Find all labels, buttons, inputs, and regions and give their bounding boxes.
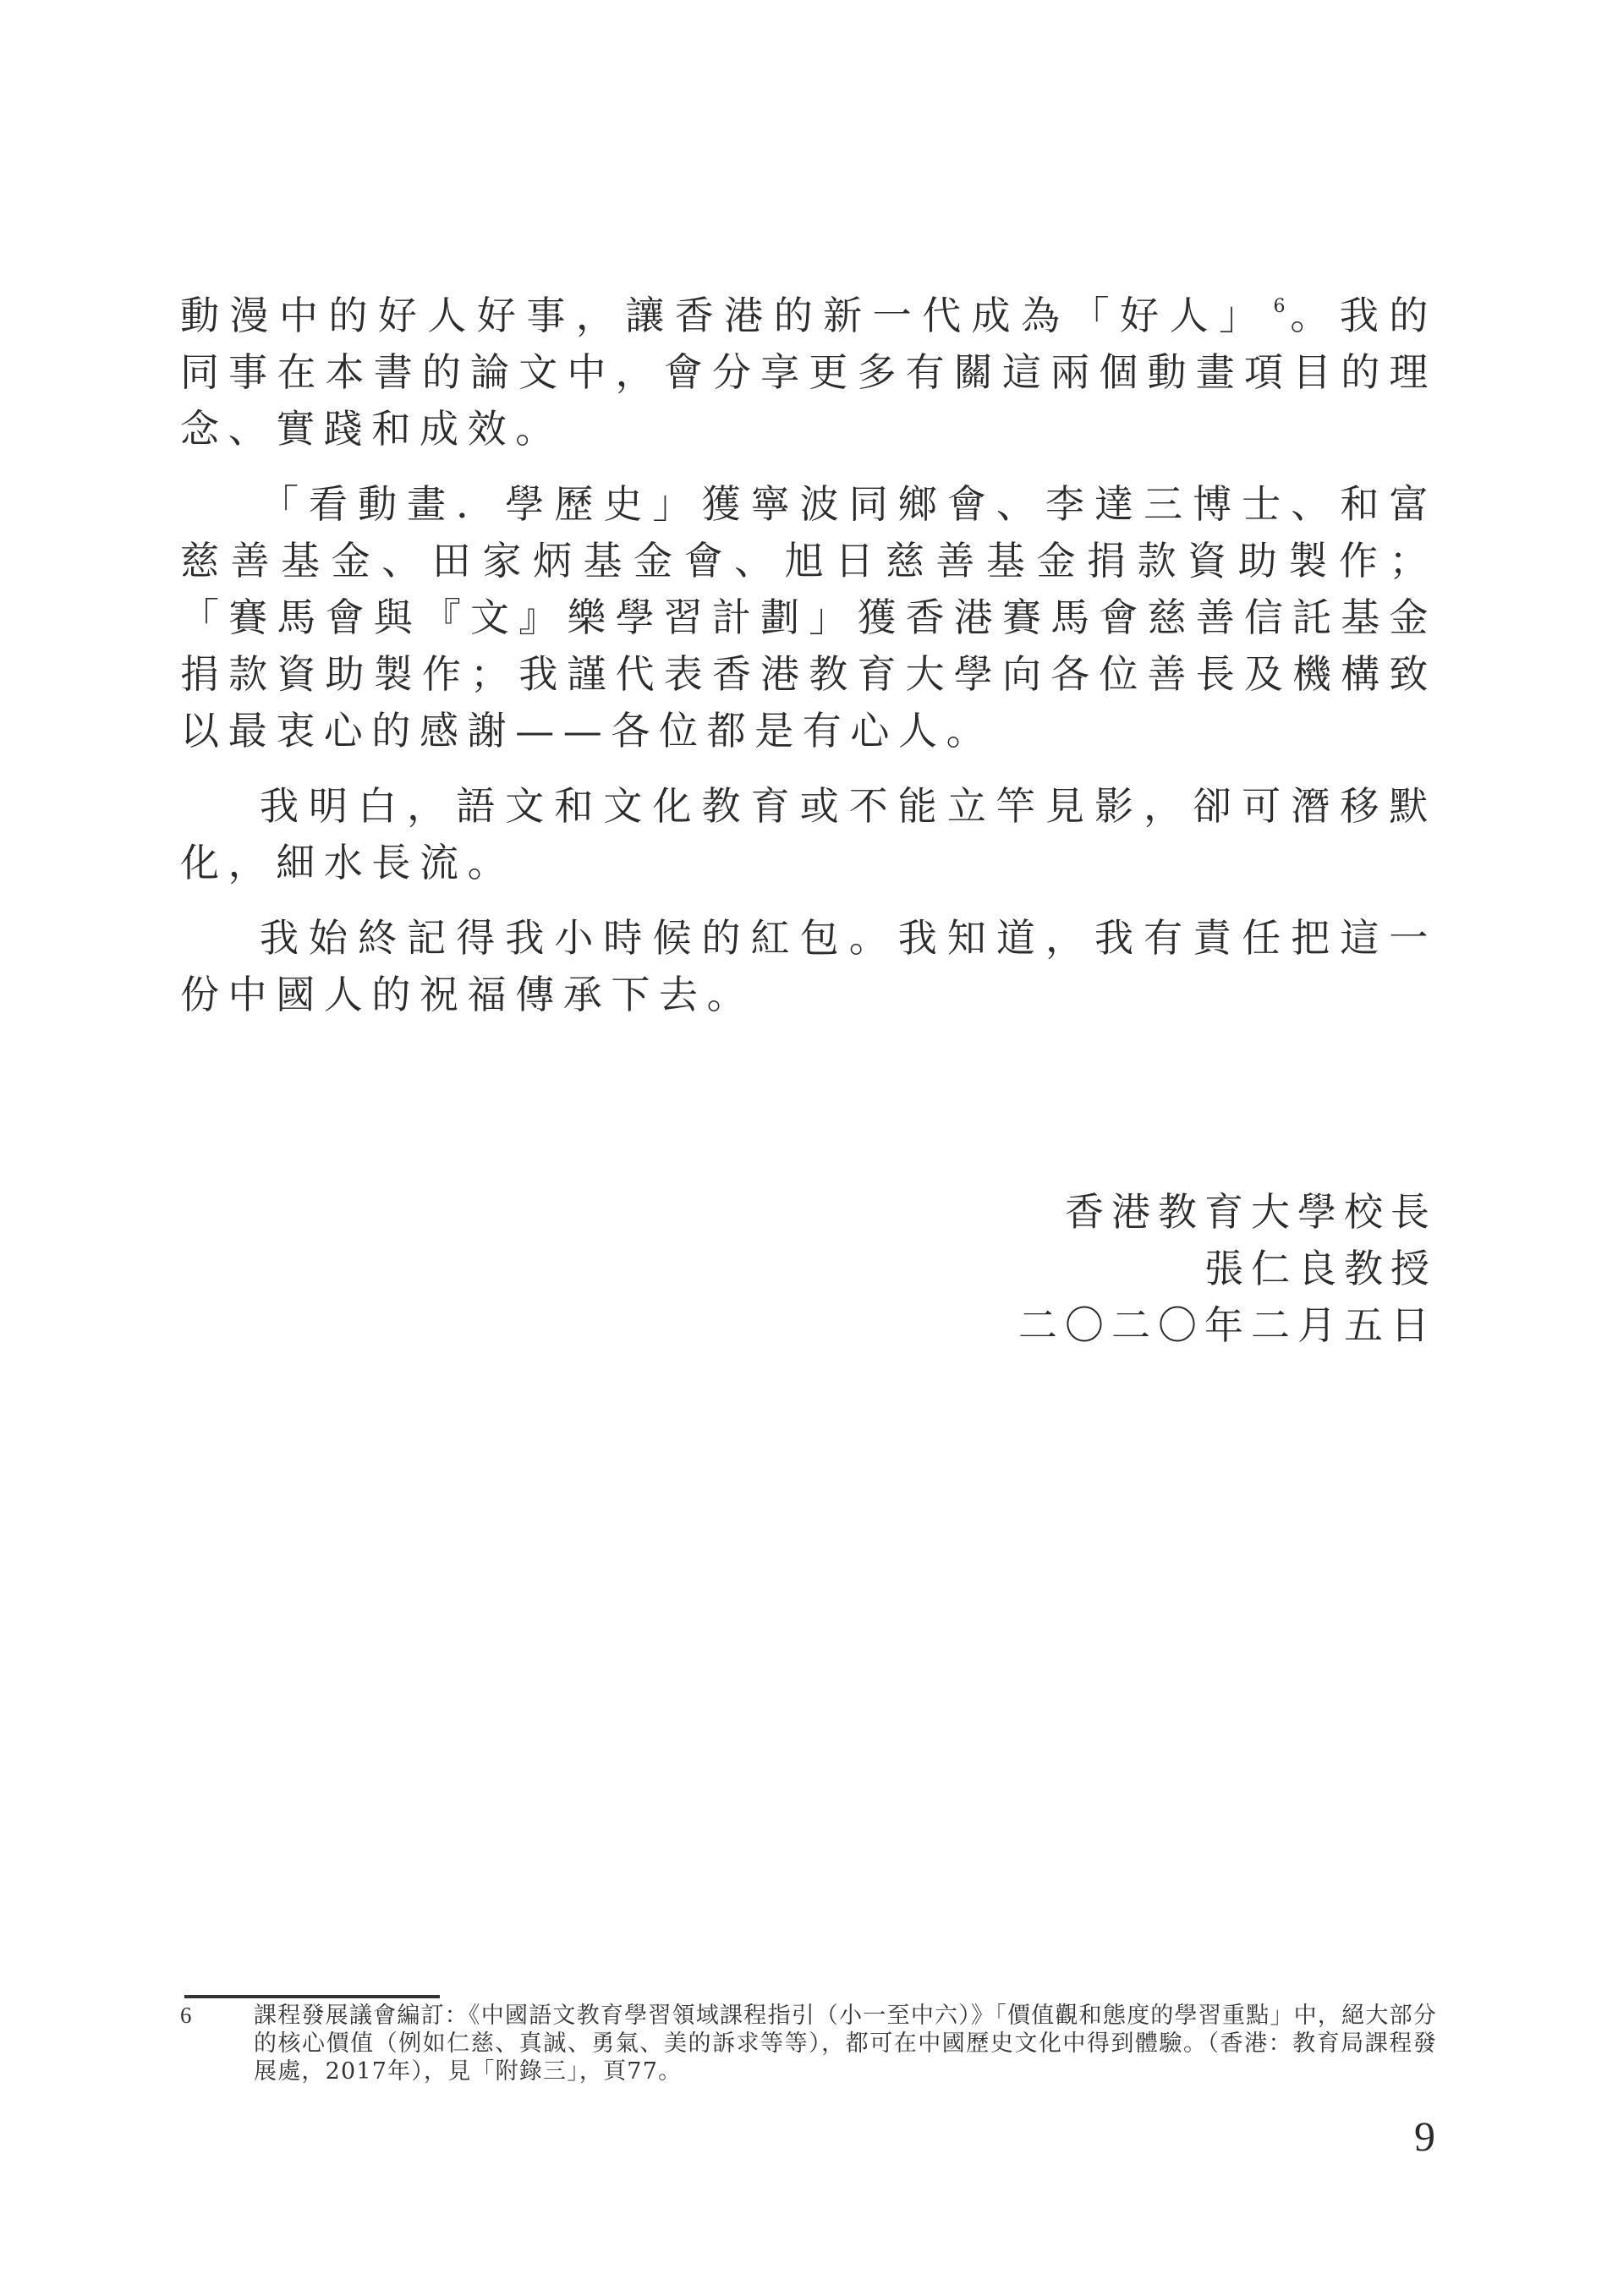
signature-date: 二〇二〇年二月五日 xyxy=(1018,1297,1437,1354)
footnote-text: 課程發展議會編訂：《中國語文教育學習領域課程指引（小一至中六）》「價值觀和態度的… xyxy=(254,2002,1437,2085)
footnote-number: 6 xyxy=(180,2002,248,2030)
body-text: 動漫中的好人好事，讓香港的新一代成為「好人」6。我的同事在本書的論文中，會分享更… xyxy=(180,288,1437,1042)
paragraph-text: 動漫中的好人好事，讓香港的新一代成為「好人」 xyxy=(180,293,1269,338)
paragraph-acknowledgements: 「看動畫．學歷史」獲寧波同鄉會、李達三博士、和富慈善基金、田家炳基金會、旭日慈善… xyxy=(180,476,1437,759)
paragraph-red-packet-memory: 我始終記得我小時候的紅包。我知道，我有責任把這一份中國人的祝福傳承下去。 xyxy=(180,910,1437,1023)
footnote-reference[interactable]: 6 xyxy=(1274,296,1289,317)
signature-name: 張仁良教授 xyxy=(1018,1241,1437,1297)
footnote-divider xyxy=(184,1995,440,1998)
book-page: 動漫中的好人好事，讓香港的新一代成為「好人」6。我的同事在本書的論文中，會分享更… xyxy=(0,0,1618,2296)
page-number: 9 xyxy=(1414,2112,1435,2160)
signature-title: 香港教育大學校長 xyxy=(1018,1184,1437,1241)
paragraph-language-culture-education: 我明白，語文和文化教育或不能立竿見影，卻可潛移默化，細水長流。 xyxy=(180,778,1437,891)
footnote-6: 6 課程發展議會編訂：《中國語文教育學習領域課程指引（小一至中六）》「價值觀和態… xyxy=(180,2002,1437,2085)
paragraph-animation-good-people: 動漫中的好人好事，讓香港的新一代成為「好人」6。我的同事在本書的論文中，會分享更… xyxy=(180,288,1437,458)
signature-block: 香港教育大學校長 張仁良教授 二〇二〇年二月五日 xyxy=(1018,1184,1437,1354)
